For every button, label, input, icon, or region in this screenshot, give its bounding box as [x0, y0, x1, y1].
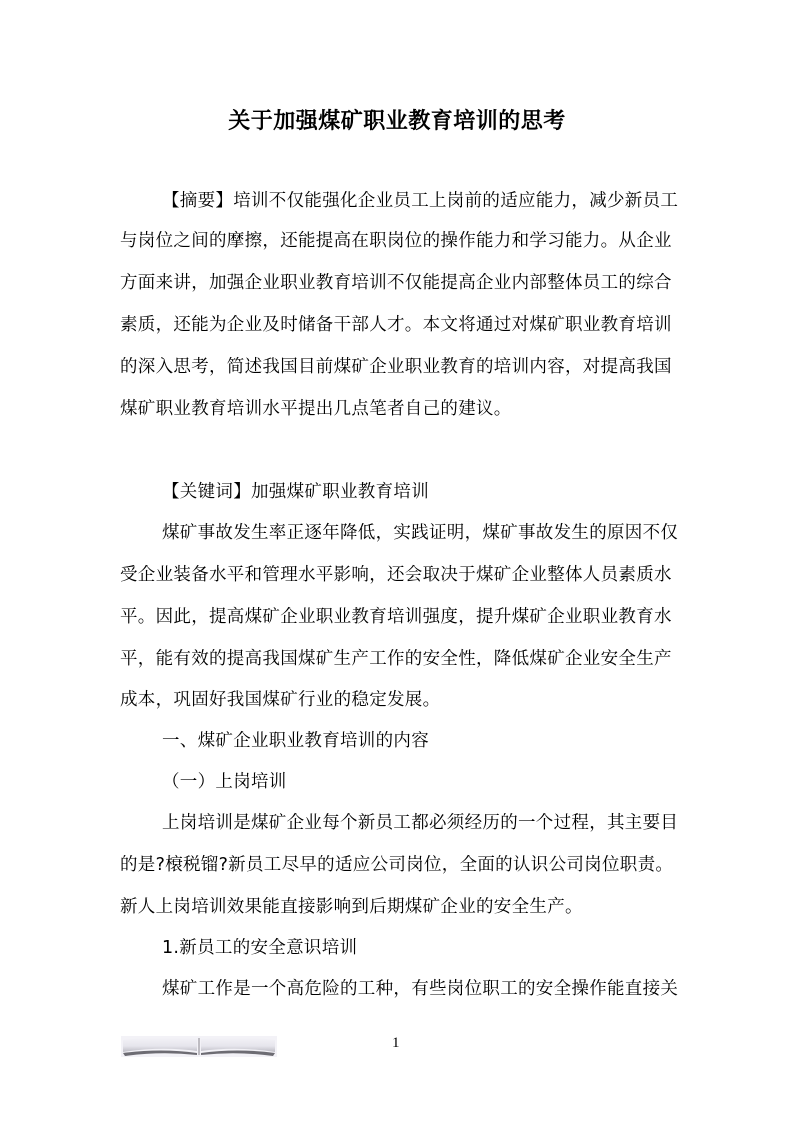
- paragraph-line: 【摘要】培训不仅能强化企业员工上岗前的适应能力，减少新员工: [162, 190, 656, 212]
- paragraph-line: 成本，巩固好我国煤矿行业的稳定发展。: [120, 689, 656, 711]
- paragraph-line: 煤矿工作是一个高危险的工种，有些岗位职工的安全操作能直接关: [162, 978, 656, 1000]
- document-title: 关于加强煤矿职业教育培训的思考: [0, 104, 794, 135]
- paragraph-line: 煤矿职业教育培训水平提出几点笔者自己的建议。: [120, 398, 656, 420]
- paragraph-line: 的深入思考，简述我国目前煤矿企业职业教育的培训内容，对提高我国: [120, 356, 656, 378]
- document-page: 关于加强煤矿职业教育培训的思考 【摘要】培训不仅能强化企业员工上岗前的适应能力，…: [0, 0, 794, 1123]
- paragraph-line: 一、煤矿企业职业教育培训的内容: [162, 730, 656, 752]
- paragraph-line: 上岗培训是煤矿企业每个新员工都必须经历的一个过程，其主要目: [162, 812, 656, 834]
- paragraph-line: 素质，还能为企业及时储备干部人才。本文将通过对煤矿职业教育培训: [120, 314, 656, 336]
- paragraph-line: 平，能有效的提高我国煤矿生产工作的安全性，降低煤矿企业安全生产: [120, 648, 656, 670]
- paragraph-line: （一）上岗培训: [162, 771, 656, 793]
- paragraph-line: 煤矿事故发生率正逐年降低，实践证明，煤矿事故发生的原因不仅: [162, 522, 656, 544]
- paragraph-line: 的是?榱税镏?新员工尽早的适应公司岗位，全面的认识公司岗位职责。: [120, 854, 656, 876]
- paragraph-line: 受企业装备水平和管理水平影响，还会取决于煤矿企业整体人员素质水: [120, 564, 656, 586]
- paragraph-line: 方面来讲，加强企业职业教育培训不仅能提高企业内部整体员工的综合: [120, 272, 656, 294]
- page-number: 1: [392, 1035, 400, 1052]
- open-book-icon: [121, 1036, 277, 1057]
- paragraph-line: 新人上岗培训效果能直接影响到后期煤矿企业的安全生产。: [120, 896, 656, 918]
- paragraph-line: 与岗位之间的摩擦，还能提高在职岗位的操作能力和学习能力。从企业: [120, 230, 656, 252]
- paragraph-line: 平。因此，提高煤矿企业职业教育培训强度，提升煤矿企业职业教育水: [120, 606, 656, 628]
- paragraph-line: 1.新员工的安全意识培训: [162, 937, 656, 959]
- paragraph-line: 【关键词】加强煤矿职业教育培训: [162, 481, 656, 503]
